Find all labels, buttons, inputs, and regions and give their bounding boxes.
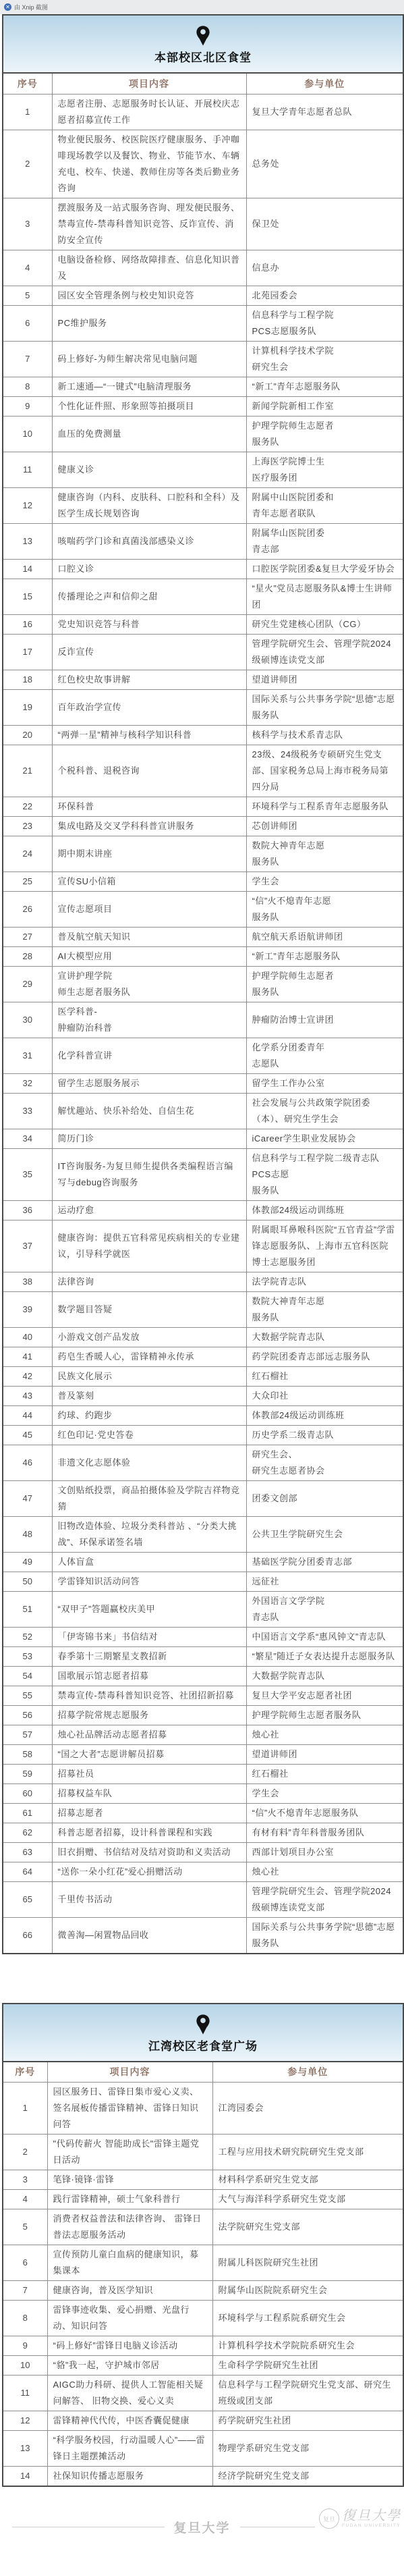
- project-content: 国歌展示馆志愿者招募: [52, 1666, 246, 1686]
- participating-unit: 工程与应用技术研究院研究生党支部: [212, 2135, 403, 2170]
- row-index: 65: [3, 1881, 52, 1917]
- row-index: 2: [3, 130, 52, 198]
- participating-unit: 学生会: [246, 1783, 403, 1803]
- row-index: 36: [3, 1200, 52, 1220]
- project-content: IT咨询服务-为复旦师生提供各类编程语言编写与debug咨询服务: [52, 1148, 246, 1200]
- project-content: 社保知识传播志愿服务: [47, 2467, 212, 2486]
- project-content: 微善淘—闲置物品回收: [52, 1917, 246, 1953]
- table-row: 23集成电路及交叉学科科普宣讲服务芯创讲师团: [3, 816, 403, 836]
- participating-unit: 国际关系与公共事务学院“思德”志愿服务队: [246, 689, 403, 725]
- participating-unit: 江湾园委会: [212, 2083, 403, 2135]
- table-row: 22环保科普环境科学与工程系青年志愿服务队: [3, 797, 403, 816]
- project-content: 招募权益车队: [52, 1783, 246, 1803]
- table-row: 11健康义诊上海医学院博士生 医疗服务团: [3, 452, 403, 487]
- participating-unit: 经济学院研究生党支部: [212, 2467, 403, 2486]
- table-row: 33解忧趣站、快乐补给处、自信生花社会发展与公共政策学院团委（本）、研究生学生会: [3, 1093, 403, 1129]
- university-seal-icon: 复旦: [319, 2508, 339, 2529]
- project-content: "代码传薪火 智能助成长"雷锋主题党日活动: [47, 2135, 212, 2170]
- participating-unit: 护理学院师生志愿者 服务队: [246, 416, 403, 452]
- row-index: 60: [3, 1783, 52, 1803]
- project-content: 雷锋事迹收集、爱心捐赠、光盘行动、知识问答: [47, 2301, 212, 2336]
- project-content: PC维护服务: [52, 305, 246, 341]
- row-index: 6: [3, 305, 52, 341]
- participating-unit: 附属华山医院院系研究生会: [212, 2281, 403, 2301]
- project-content: 口腔义诊: [52, 559, 246, 579]
- row-index: 64: [3, 1862, 52, 1881]
- participating-unit: 体教部24级运动训练班: [246, 1200, 403, 1220]
- project-content: “貉”我一起，守护城市邻居: [47, 2356, 212, 2376]
- table-row: 47文创贴纸投票，商品拍摄体验及学院吉祥物竞猜团委文创部: [3, 1480, 403, 1516]
- table-row: 9“码上修好”雷锋日电脑义诊活动计算机科学技术学院院系研究生会: [3, 2336, 403, 2356]
- footer-university-name: 复旦大学: [174, 2518, 231, 2536]
- project-content: 宣讲护理学院 师生志愿者服务队: [52, 966, 246, 1002]
- project-content: “国之大者”志愿讲解员招募: [52, 1744, 246, 1764]
- table-row: 26宣传志愿项目“信”火不熄青年志愿 服务队: [3, 891, 403, 927]
- row-index: 9: [3, 396, 52, 416]
- participating-unit: 总务处: [246, 130, 403, 198]
- row-index: 12: [3, 487, 52, 523]
- project-content: 解忧趣站、快乐补给处、自信生花: [52, 1093, 246, 1129]
- table-row: 56招募学院常规志愿服务护理学院师生志愿者服务队: [3, 1705, 403, 1725]
- row-index: 56: [3, 1705, 52, 1725]
- project-content: 百年政治学宣传: [52, 689, 246, 725]
- table-row: 36运动疗愈体教部24级运动训练班: [3, 1200, 403, 1220]
- table-row: 49人体盲盒基础医学院分团委青志部: [3, 1552, 403, 1572]
- header-row: 序号 项目内容 参与单位: [3, 74, 403, 94]
- row-index: 33: [3, 1093, 52, 1129]
- participating-unit: 信息办: [246, 250, 403, 286]
- project-content: 码上修好-为师生解决常见电脑问题: [52, 341, 246, 377]
- row-index: 15: [3, 579, 52, 614]
- row-index: 46: [3, 1445, 52, 1480]
- participating-unit: 中国语言文学系“惠风钟文”青志队: [246, 1627, 403, 1646]
- row-index: 40: [3, 1327, 52, 1347]
- table-row: 19百年政治学宣传国际关系与公共事务学院“思德”志愿服务队: [3, 689, 403, 725]
- project-content: “双甲子”答题赢校庆美甲: [52, 1591, 246, 1627]
- row-index: 29: [3, 966, 52, 1002]
- row-index: 27: [3, 927, 52, 946]
- row-index: 13: [3, 2431, 47, 2467]
- table-row: 5园区安全管理条例与校史知识竞答北苑园委会: [3, 286, 403, 305]
- project-content: 旧物改造体验、垃圾分类科普站 、“分类大挑战”、环保承诺签名墙: [52, 1516, 246, 1552]
- row-index: 5: [3, 286, 52, 305]
- participating-unit: 公共卫生学院研究生会: [246, 1516, 403, 1552]
- row-index: 44: [3, 1405, 52, 1425]
- participating-unit: 体教部24级运动训练班: [246, 1405, 403, 1425]
- row-index: 54: [3, 1666, 52, 1686]
- project-content: 烛心社品牌活动志愿者招募: [52, 1725, 246, 1744]
- table-row: 48旧物改造体验、垃圾分类科普站 、“分类大挑战”、环保承诺签名墙公共卫生学院研…: [3, 1516, 403, 1552]
- row-index: 43: [3, 1386, 52, 1405]
- project-content: 化学科普宣讲: [52, 1038, 246, 1073]
- participating-unit: 远征社: [246, 1572, 403, 1591]
- table-row: 14社保知识传播志愿服务经济学院研究生党支部: [3, 2467, 403, 2486]
- col-header-unit: 参与单位: [212, 2062, 403, 2083]
- row-index: 14: [3, 2467, 47, 2486]
- row-index: 4: [3, 250, 52, 286]
- table-row: 58“国之大者”志愿讲解员招募望道讲师团: [3, 1744, 403, 1764]
- project-content: 旧衣捐赠、书信结对及结对资助和义卖活动: [52, 1842, 246, 1862]
- row-index: 24: [3, 836, 52, 871]
- project-content: 人体盲盒: [52, 1552, 246, 1572]
- participating-unit: 外国语言文学学院 青志队: [246, 1591, 403, 1627]
- row-index: 53: [3, 1646, 52, 1666]
- project-content: 园区安全管理条例与校史知识竞答: [52, 286, 246, 305]
- project-content: 消费者权益普法和法律咨询、 雷锋日普法志愿服务活动: [47, 2209, 212, 2245]
- row-index: 11: [3, 452, 52, 487]
- row-index: 6: [3, 2245, 47, 2281]
- divider-line: [12, 2527, 165, 2527]
- participating-unit: 材料科学系研究生党支部: [212, 2170, 403, 2190]
- participating-unit: 环境科学与工程系院系研究生会: [212, 2301, 403, 2336]
- participating-unit: 数院大神青年志愿 服务队: [246, 1291, 403, 1327]
- row-index: 26: [3, 891, 52, 927]
- row-index: 7: [3, 341, 52, 377]
- project-content: 环保科普: [52, 797, 246, 816]
- project-content: 法律咨询: [52, 1272, 246, 1291]
- project-content: 小游戏文创产品发放: [52, 1327, 246, 1347]
- project-content: “送你一朵小红花”爱心捐赠活动: [52, 1862, 246, 1881]
- participating-unit: 法学院青志队: [246, 1272, 403, 1291]
- participating-unit: 保卫处: [246, 198, 403, 250]
- project-content: 血压的免费测量: [52, 416, 246, 452]
- table-row: 21个税科普、退税咨询23级、24级税务专硕研究生党支部、国家税务总局上海市税务…: [3, 745, 403, 797]
- project-content: 科普志愿者招募，设计科普课程和实践: [52, 1823, 246, 1842]
- participating-unit: 大数据学院青志队: [246, 1666, 403, 1686]
- row-index: 52: [3, 1627, 52, 1646]
- project-content: 集成电路及交叉学科科普宣讲服务: [52, 816, 246, 836]
- project-content: 践行雷锋精神，硕士气象科普行: [47, 2190, 212, 2209]
- table-row: 4践行雷锋精神，硕士气象科普行大气与海洋科学系研究生党支部: [3, 2190, 403, 2209]
- row-index: 9: [3, 2336, 47, 2356]
- participating-unit: 团委文创部: [246, 1480, 403, 1516]
- project-content: 药皂生香暖人心，雷锋精神永传承: [52, 1347, 246, 1366]
- row-index: 63: [3, 1842, 52, 1862]
- venue-header-north: 本部校区北区食堂: [3, 16, 403, 74]
- table-row: 65千里传书活动管理学院研究生会、管理学院2024级硕博连读党支部: [3, 1881, 403, 1917]
- project-content: 物业便民服务、校医院医疗健康服务、手冲咖啡现场教学以及餐饮、物业、节能节水、车辆…: [52, 130, 246, 198]
- page-footer: 复旦大学 复旦 復旦大學 FUDAN UNIVERSITY: [0, 2518, 404, 2576]
- table-row: 31化学科普宣讲化学系分团委青年 志愿队: [3, 1038, 403, 1073]
- university-logo: 复旦 復旦大學 FUDAN UNIVERSITY: [315, 2508, 401, 2529]
- project-content: 「伊寄锦书来」书信结对: [52, 1627, 246, 1646]
- project-content: 健康咨询：提供五官科常见疾病相关的专业建议，引导科学就医: [52, 1220, 246, 1272]
- project-content: 雷锋精神代代传，中医香囊促健康: [47, 2411, 212, 2431]
- table-row: 51“双甲子”答题赢校庆美甲外国语言文学学院 青志队: [3, 1591, 403, 1627]
- table-row: 7码上修好-为师生解决常见电脑问题计算机科学技术学院 研究生会: [3, 341, 403, 377]
- table-row: 8新工速通—“一键式”电脑清理服务“新工”青年志愿服务队: [3, 377, 403, 396]
- row-index: 66: [3, 1917, 52, 1953]
- row-index: 28: [3, 946, 52, 966]
- table-row: 28AI大模型应用“新工”青年志愿服务队: [3, 946, 403, 966]
- table-row: 7健康咨询，普及医学知识附属华山医院院系研究生会: [3, 2281, 403, 2301]
- project-content: 健康义诊: [52, 452, 246, 487]
- project-content: 春季第十三期繁星支教招新: [52, 1646, 246, 1666]
- project-content: 反诈宣传: [52, 634, 246, 670]
- table-row: 10“貉”我一起，守护城市邻居生命科学学院研究生社团: [3, 2356, 403, 2376]
- table-row: 39数学题目答疑数院大神青年志愿 服务队: [3, 1291, 403, 1327]
- project-content: 新工速通—“一键式”电脑清理服务: [52, 377, 246, 396]
- row-index: 2: [3, 2135, 47, 2170]
- row-index: 13: [3, 523, 52, 559]
- participating-unit: 研究生党建核心团队（CG）: [246, 614, 403, 634]
- project-content: 文创贴纸投票，商品拍摄体验及学院吉祥物竞猜: [52, 1480, 246, 1516]
- project-content: 普及航空航天知识: [52, 927, 246, 946]
- participating-unit: “信”火不熄青年志愿服务队: [246, 1803, 403, 1823]
- participating-unit: 大数据学院青志队: [246, 1327, 403, 1347]
- row-index: 47: [3, 1480, 52, 1516]
- participating-unit: “繁星”随迁子女表达提升志愿服务队: [246, 1646, 403, 1666]
- project-table-north: 序号 项目内容 参与单位 1志愿者注册、志愿服务时长认证、开展校庆志愿者招募宣传…: [3, 74, 403, 1953]
- col-header-project: 项目内容: [52, 74, 246, 94]
- table-row: 2物业便民服务、校医院医疗健康服务、手冲咖啡现场教学以及餐饮、物业、节能节水、车…: [3, 130, 403, 198]
- participating-unit: 北苑园委会: [246, 286, 403, 305]
- participating-unit: 信息科学与工程学院二级青志队PCS志愿 服务队: [246, 1148, 403, 1200]
- participating-unit: 生命科学学院研究生社团: [212, 2356, 403, 2376]
- row-index: 61: [3, 1803, 52, 1823]
- row-index: 3: [3, 2170, 47, 2190]
- participating-unit: iCareer学生职业发展协会: [246, 1129, 403, 1148]
- table-row: 44约球、约跑步体教部24级运动训练班: [3, 1405, 403, 1425]
- participating-unit: 学生会: [246, 871, 403, 891]
- project-content: 健康咨询，普及医学知识: [47, 2281, 212, 2301]
- row-index: 49: [3, 1552, 52, 1572]
- project-content: 运动疗愈: [52, 1200, 246, 1220]
- participating-unit: 护理学院师生志愿者 服务队: [246, 966, 403, 1002]
- participating-unit: 信息科学与工程学院 PCS志愿服务队: [246, 305, 403, 341]
- project-content: 电脑设备检修、网络故障排查、信息化知识普及: [52, 250, 246, 286]
- table-row: 13咳喘药学门诊和真菌浅部感染义诊附属华山医院团委 青志部: [3, 523, 403, 559]
- row-index: 35: [3, 1148, 52, 1200]
- table-row: 12雷锋精神代代传，中医香囊促健康药学院研究生社团: [3, 2411, 403, 2431]
- project-content: 健康咨询（内科、皮肤科、口腔科和全科）及医学生成长规划咨询: [52, 487, 246, 523]
- col-header-project: 项目内容: [47, 2062, 212, 2083]
- project-content: “码上修好”雷锋日电脑义诊活动: [47, 2336, 212, 2356]
- project-content: 约球、约跑步: [52, 1405, 246, 1425]
- row-index: 34: [3, 1129, 52, 1148]
- row-index: 58: [3, 1744, 52, 1764]
- participating-unit: 管理学院研究生会、管理学院2024级硕博连读党支部: [246, 1881, 403, 1917]
- table-row: 3笔锋·镜锋·雷锋材料科学系研究生党支部: [3, 2170, 403, 2190]
- row-index: 19: [3, 689, 52, 725]
- section-jiangwan-plaza: 江湾校区老食堂广场 序号 项目内容 参与单位 1园区服务日、雷锋日集市爱心义卖、…: [2, 2003, 404, 2488]
- participating-unit: “新工”青年志愿服务队: [246, 377, 403, 396]
- project-content: 禁毒宣传-禁毒科普知识竞答、社团招新招募: [52, 1686, 246, 1705]
- project-content: 咳喘药学门诊和真菌浅部感染义诊: [52, 523, 246, 559]
- project-content: 普及篆刻: [52, 1386, 246, 1405]
- venue-title: 本部校区北区食堂: [154, 48, 252, 65]
- venue-title: 江湾校区老食堂广场: [148, 2037, 258, 2054]
- table-row: 55禁毒宣传-禁毒科普知识竞答、社团招新招募复旦大学平安志愿者社团: [3, 1686, 403, 1705]
- table-row: 59招募社员红石榴社: [3, 1764, 403, 1783]
- project-content: 期中期末讲座: [52, 836, 246, 871]
- project-content: 留学生志愿服务展示: [52, 1073, 246, 1093]
- table-row: 13“科学服务校园，行动温暖人心”——雷锋日主题摆摊活动物理学系研究生党支部: [3, 2431, 403, 2467]
- table-row: 63旧衣捐赠、书信结对及结对资助和义卖活动西部计划项目办公室: [3, 1842, 403, 1862]
- participating-unit: “信”火不熄青年志愿 服务队: [246, 891, 403, 927]
- venue-header-jiangwan: 江湾校区老食堂广场: [3, 2004, 403, 2062]
- map-pin-icon: [196, 2014, 210, 2035]
- participating-unit: 留学生工作办公室: [246, 1073, 403, 1093]
- row-index: 41: [3, 1347, 52, 1366]
- row-index: 1: [3, 94, 52, 130]
- project-content: 个性化证件照、形象照等拍摄项目: [52, 396, 246, 416]
- row-index: 51: [3, 1591, 52, 1627]
- table-row: 61招募志愿者“信”火不熄青年志愿服务队: [3, 1803, 403, 1823]
- table-row: 66微善淘—闲置物品回收国际关系与公共事务学院“思德”志愿服务队: [3, 1917, 403, 1953]
- row-index: 62: [3, 1823, 52, 1842]
- table-row: 8雷锋事迹收集、爱心捐赠、光盘行动、知识问答环境科学与工程系院系研究生会: [3, 2301, 403, 2336]
- row-index: 45: [3, 1425, 52, 1445]
- watermark-bar: ✕ 由 Xnip 截图: [0, 0, 404, 14]
- table-row: 17反诈宣传管理学院研究生会、管理学院2024级硕博连读党支部: [3, 634, 403, 670]
- participating-unit: 大众印社: [246, 1386, 403, 1405]
- xnip-logo-icon: ✕: [4, 3, 11, 11]
- table-row: 40小游戏文创产品发放大数据学院青志队: [3, 1327, 403, 1347]
- participating-unit: 物理学系研究生党支部: [212, 2431, 403, 2467]
- row-index: 59: [3, 1764, 52, 1783]
- participating-unit: 管理学院研究生会、管理学院2024级硕博连读党支部: [246, 634, 403, 670]
- participating-unit: 附属华山医院团委 青志部: [246, 523, 403, 559]
- project-content: 学雷锋知识活动问答: [52, 1572, 246, 1591]
- table-row: 27普及航空航天知识航空航天系语航讲师团: [3, 927, 403, 946]
- participating-unit: 计算机科学技术学院院系研究生会: [212, 2336, 403, 2356]
- row-index: 23: [3, 816, 52, 836]
- table-row: 62科普志愿者招募，设计科普课程和实践有材有料”青年科普服务团队: [3, 1823, 403, 1842]
- project-content: 医学科普- 肿瘤防治科普: [52, 1002, 246, 1038]
- table-row: 20“两弹一星”精神与核科学知识科普核科学与技术系青志队: [3, 725, 403, 745]
- row-index: 30: [3, 1002, 52, 1038]
- project-table-jiangwan: 序号 项目内容 参与单位 1园区服务日、雷锋日集市爱心义卖、签名展板传播雷锋精神…: [3, 2062, 403, 2486]
- participating-unit: 望道讲师团: [246, 1744, 403, 1764]
- table-row: 32留学生志愿服务展示留学生工作办公室: [3, 1073, 403, 1093]
- participating-unit: 望道讲师团: [246, 670, 403, 689]
- row-index: 8: [3, 377, 52, 396]
- participating-unit: 化学系分团委青年 志愿队: [246, 1038, 403, 1073]
- row-index: 20: [3, 725, 52, 745]
- participating-unit: 社会发展与公共政策学院团委（本）、研究生学生会: [246, 1093, 403, 1129]
- project-content: 党史知识竞答与科普: [52, 614, 246, 634]
- table-row: 53春季第十三期繁星支教招新“繁星”随迁子女表达提升志愿服务队: [3, 1646, 403, 1666]
- row-index: 10: [3, 416, 52, 452]
- project-content: 红色印记·党史答卷: [52, 1425, 246, 1445]
- section-north-canteen: 本部校区北区食堂 序号 项目内容 参与单位 1志愿者注册、志愿服务时长认证、开展…: [2, 14, 404, 1954]
- table-row: 1园区服务日、雷锋日集市爱心义卖、签名展板传播雷锋精神、雷锋日知识问答江湾园委会: [3, 2083, 403, 2135]
- project-content: 简历门诊: [52, 1129, 246, 1148]
- participating-unit: 口腔医学院团委&复旦大学爱牙协会: [246, 559, 403, 579]
- table-row: 1志愿者注册、志愿服务时长认证、开展校庆志愿者招募宣传工作复旦大学青年志愿者总队: [3, 94, 403, 130]
- participating-unit: 基础医学院分团委青志部: [246, 1552, 403, 1572]
- project-content: 非遗文化志愿体验: [52, 1445, 246, 1480]
- table-row: 35IT咨询服务-为复旦师生提供各类编程语言编写与debug咨询服务信息科学与工…: [3, 1148, 403, 1200]
- table-row: 52「伊寄锦书来」书信结对中国语言文学系“惠风钟文”青志队: [3, 1627, 403, 1646]
- col-header-index: 序号: [3, 2062, 47, 2083]
- watermark-text: 由 Xnip 截图: [14, 3, 48, 11]
- table-row: 6宣传预防儿童白血病的健康知识，募集课本附属儿科医院研究生社团: [3, 2245, 403, 2281]
- project-content: “两弹一星”精神与核科学知识科普: [52, 725, 246, 745]
- table-row: 18红色校史故事讲解望道讲师团: [3, 670, 403, 689]
- row-index: 8: [3, 2301, 47, 2336]
- project-content: 个税科普、退税咨询: [52, 745, 246, 797]
- row-index: 57: [3, 1725, 52, 1744]
- participating-unit: 附属儿科医院研究生社团: [212, 2245, 403, 2281]
- table-row: 43普及篆刻大众印社: [3, 1386, 403, 1405]
- participating-unit: 药学院研究生社团: [212, 2411, 403, 2431]
- table-row: 29宣讲护理学院 师生志愿者服务队护理学院师生志愿者 服务队: [3, 966, 403, 1002]
- table-row: 11AIGC助力科研、提供人工智能相关疑问解答、 旧物交换、爱心义卖信息科学与工…: [3, 2376, 403, 2411]
- row-index: 31: [3, 1038, 52, 1073]
- participating-unit: “星火”党员志愿服务队&博士生讲师团: [246, 579, 403, 614]
- project-content: 招募社员: [52, 1764, 246, 1783]
- project-content: 数学题目答疑: [52, 1291, 246, 1327]
- table-row: 12健康咨询（内科、皮肤科、口腔科和全科）及医学生成长规划咨询附属中山医院团委和…: [3, 487, 403, 523]
- table-row: 24期中期末讲座数院大神青年志愿 服务队: [3, 836, 403, 871]
- table-row: 54国歌展示馆志愿者招募大数据学院青志队: [3, 1666, 403, 1686]
- project-content: 民族文化展示: [52, 1366, 246, 1386]
- project-content: 摆渡服务及一站式服务咨询、理发便民服务、禁毒宣传-禁毒科普知识竞答、反诈宣传、消…: [52, 198, 246, 250]
- row-index: 18: [3, 670, 52, 689]
- project-content: 招募志愿者: [52, 1803, 246, 1823]
- table-row: 2"代码传薪火 智能助成长"雷锋主题党日活动工程与应用技术研究院研究生党支部: [3, 2135, 403, 2170]
- participating-unit: 上海医学院博士生 医疗服务团: [246, 452, 403, 487]
- col-header-index: 序号: [3, 74, 52, 94]
- participating-unit: 有材有料”青年科普服务团队: [246, 1823, 403, 1842]
- participating-unit: 附属中山医院团委和 青年志愿者联队: [246, 487, 403, 523]
- participating-unit: 航空航天系语航讲师团: [246, 927, 403, 946]
- participating-unit: 大气与海洋科学系研究生党支部: [212, 2190, 403, 2209]
- project-content: AI大模型应用: [52, 946, 246, 966]
- table-row: 64“送你一朵小红花”爱心捐赠活动烛心社: [3, 1862, 403, 1881]
- participating-unit: 药学院团委青志部远志服务队: [246, 1347, 403, 1366]
- row-index: 48: [3, 1516, 52, 1552]
- row-index: 38: [3, 1272, 52, 1291]
- row-index: 25: [3, 871, 52, 891]
- table-row: 42民族文化展示红石榴社: [3, 1366, 403, 1386]
- project-content: 宣传预防儿童白血病的健康知识，募集课本: [47, 2245, 212, 2281]
- participating-unit: 数院大神青年志愿 服务队: [246, 836, 403, 871]
- project-content: “科学服务校园，行动温暖人心”——雷锋日主题摆摊活动: [47, 2431, 212, 2467]
- project-content: 园区服务日、雷锋日集市爱心义卖、签名展板传播雷锋精神、雷锋日知识问答: [47, 2083, 212, 2135]
- row-index: 21: [3, 745, 52, 797]
- table-row: 34简历门诊iCareer学生职业发展协会: [3, 1129, 403, 1148]
- participating-unit: 国际关系与公共事务学院“思德”志愿服务队: [246, 1917, 403, 1953]
- row-index: 37: [3, 1220, 52, 1272]
- participating-unit: 复旦大学青年志愿者总队: [246, 94, 403, 130]
- project-content: AIGC助力科研、提供人工智能相关疑问解答、 旧物交换、爱心义卖: [47, 2376, 212, 2411]
- participating-unit: 红石榴社: [246, 1764, 403, 1783]
- participating-unit: 信息科学与工程学院研究生党支部、研究生班级或团支部: [212, 2376, 403, 2411]
- row-index: 5: [3, 2209, 47, 2245]
- row-index: 3: [3, 198, 52, 250]
- table-row: 5消费者权益普法和法律咨询、 雷锋日普法志愿服务活动法学院研究生党支部: [3, 2209, 403, 2245]
- participating-unit: 法学院研究生党支部: [212, 2209, 403, 2245]
- participating-unit: 复旦大学平安志愿者社团: [246, 1686, 403, 1705]
- row-index: 7: [3, 2281, 47, 2301]
- header-row: 序号 项目内容 参与单位: [3, 2062, 403, 2083]
- table-row: 25宣传SU小信箱学生会: [3, 871, 403, 891]
- participating-unit: “新工”青年志愿服务队: [246, 946, 403, 966]
- project-content: 传播理论之声和信仰之甜: [52, 579, 246, 614]
- table-row: 41药皂生香暖人心，雷锋精神永传承药学院团委青志部远志服务队: [3, 1347, 403, 1366]
- participating-unit: 西部计划项目办公室: [246, 1842, 403, 1862]
- table-row: 14口腔义诊口腔医学院团委&复旦大学爱牙协会: [3, 559, 403, 579]
- table-row: 30医学科普- 肿瘤防治科普肿瘤防治博士宣讲团: [3, 1002, 403, 1038]
- row-index: 32: [3, 1073, 52, 1093]
- table-row: 50学雷锋知识活动问答远征社: [3, 1572, 403, 1591]
- row-index: 22: [3, 797, 52, 816]
- participating-unit: 芯创讲师团: [246, 816, 403, 836]
- table-row: 3摆渡服务及一站式服务咨询、理发便民服务、禁毒宣传-禁毒科普知识竞答、反诈宣传、…: [3, 198, 403, 250]
